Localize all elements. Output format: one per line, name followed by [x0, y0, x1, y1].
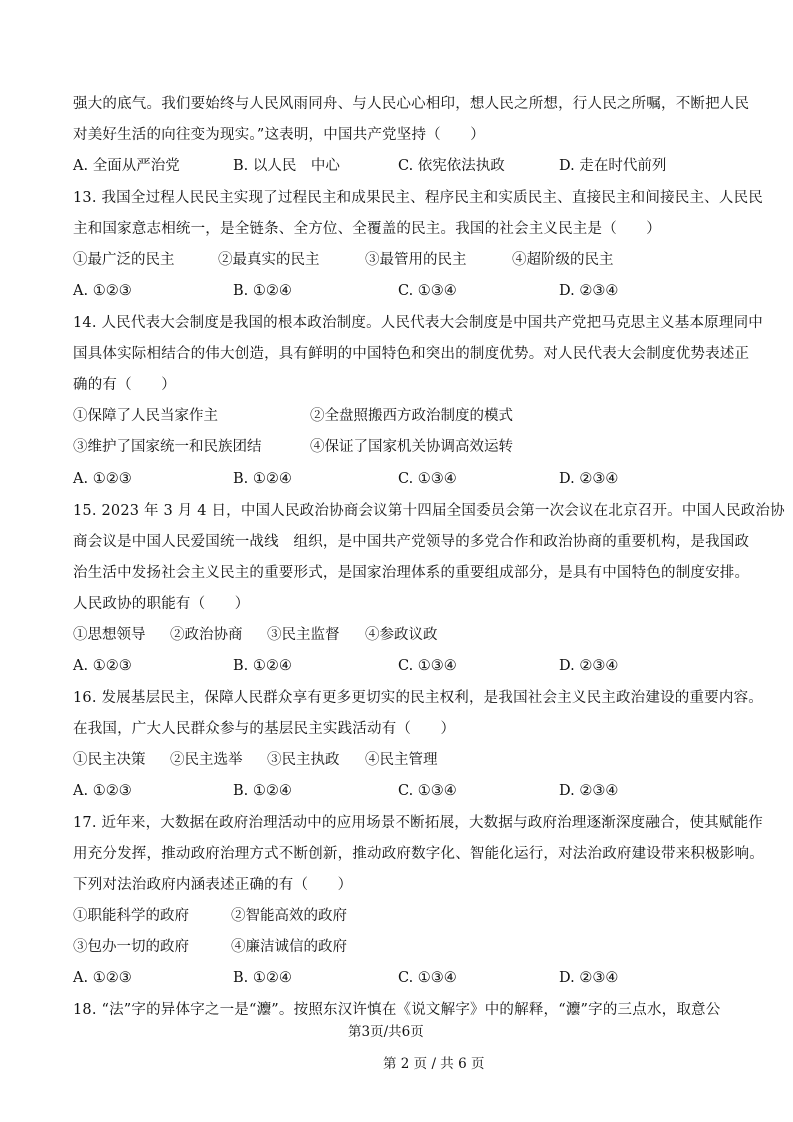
q14-statement-1: ①保障了人民当家作主 [73, 406, 218, 426]
q14-line-2: 国具体实际相结合的伟大创造，具有鲜明的中国特色和突出的制度优势。对人民代表大会制… [73, 344, 749, 364]
q17-option-c: C. ①③④ [398, 968, 457, 988]
q15-statement-2: ②政治协商 [170, 625, 243, 645]
q17-options: A. ①②③ B. ①②④ C. ①③④ D. ②③④ [73, 968, 733, 988]
q14-statements-row-1: ①保障了人民当家作主 ②全盘照搬西方政治制度的模式 [73, 406, 733, 426]
q16-options: A. ①②③ B. ①②④ C. ①③④ D. ②③④ [73, 781, 733, 801]
q15-line-3: 治生活中发扬社会主义民主的重要形式，是国家治理体系的重要组成部分，是具有中国特色… [73, 563, 749, 583]
q14-statement-2: ②全盘照搬西方政治制度的模式 [310, 406, 513, 426]
q17-statement-3: ③包办一切的政府 [73, 937, 189, 957]
q13-statement-3: ③最管用的民主 [365, 250, 467, 270]
q12-option-c: C. 依宪依法执政 [398, 156, 505, 176]
q17-line-1: 17. 近年来，大数据在政府治理活动中的应用场景不断拓展，大数据与政府治理逐渐深… [73, 813, 763, 833]
q17-option-a: A. ①②③ [73, 968, 132, 988]
q17-line-2: 用充分发挥，推动政府治理方式不断创新，推动政府数字化、智能化运行，对法治政府建设… [73, 844, 764, 864]
q15-statement-3: ③民主监督 [267, 625, 340, 645]
q15-statements: ①思想领导 ②政治协商 ③民主监督 ④参政议政 [73, 625, 733, 645]
inner-page-number: 第3页/共6页 [348, 1023, 424, 1041]
q15-line-4: 人民政协的职能有（ ） [73, 594, 249, 614]
q14-options: A. ①②③ B. ①②④ C. ①③④ D. ②③④ [73, 469, 733, 489]
q14-option-b: B. ①②④ [233, 469, 292, 489]
q12-option-a: A. 全面从严治党 [73, 156, 180, 176]
q13-line-2: 主和国家意志相统一，是全链条、全方位、全覆盖的民主。我国的社会主义民主是（ ） [73, 219, 661, 239]
q12-line-1: 强大的底气。我们要始终与人民风雨同舟、与人民心心相印，想人民之所想，行人民之所嘱… [73, 94, 749, 114]
q16-option-d: D. ②③④ [559, 781, 618, 801]
q17-statements-row-2: ③包办一切的政府 ④廉洁诚信的政府 [73, 937, 733, 957]
q13-statement-2: ②最真实的民主 [218, 250, 320, 270]
q14-statement-4: ④保证了国家机关协调高效运转 [310, 437, 513, 457]
q15-options: A. ①②③ B. ①②④ C. ①③④ D. ②③④ [73, 656, 733, 676]
q16-statement-1: ①民主决策 [73, 750, 146, 770]
q13-statement-4: ④超阶级的民主 [512, 250, 614, 270]
q14-statements-row-2: ③维护了国家统一和民族团结 ④保证了国家机关协调高效运转 [73, 437, 733, 457]
q13-statement-1: ①最广泛的民主 [73, 250, 175, 270]
q14-line-3: 确的有（ ） [73, 375, 176, 395]
q15-option-d: D. ②③④ [559, 656, 618, 676]
q15-option-a: A. ①②③ [73, 656, 132, 676]
q15-statement-4: ④参政议政 [365, 625, 438, 645]
q16-statement-4: ④民主管理 [365, 750, 438, 770]
q17-option-d: D. ②③④ [559, 968, 618, 988]
q15-line-1: 15. 2023 年 3 月 4 日，中国人民政治协商会议第十四届全国委员会第一… [73, 501, 785, 521]
q17-option-b: B. ①②④ [233, 968, 292, 988]
q13-option-d: D. ②③④ [559, 281, 618, 301]
q16-line-1: 16. 发展基层民主，保障人民群众享有更多更切实的民主权利，是我国社会主义民主政… [73, 688, 763, 708]
q15-option-c: C. ①③④ [398, 656, 457, 676]
q14-statement-3: ③维护了国家统一和民族团结 [73, 437, 262, 457]
q17-line-3: 下列对法治政府内涵表述正确的有（ ） [73, 875, 352, 895]
q16-statements: ①民主决策 ②民主选举 ③民主执政 ④民主管理 [73, 750, 733, 770]
q17-statement-2: ②智能高效的政府 [231, 906, 347, 926]
q13-option-b: B. ①②④ [233, 281, 292, 301]
q15-line-2: 商会议是中国人民爱国统一战线 组织，是中国共产党领导的多党合作和政治协商的重要机… [73, 532, 749, 552]
q15-statement-1: ①思想领导 [73, 625, 146, 645]
q13-options: A. ①②③ B. ①②④ C. ①③④ D. ②③④ [73, 281, 733, 301]
q17-statements-row-1: ①职能科学的政府 ②智能高效的政府 [73, 906, 733, 926]
q13-option-a: A. ①②③ [73, 281, 132, 301]
q12-line-2: 对美好生活的向往变为现实。”这表明，中国共产党坚持（ ） [73, 125, 485, 145]
q12-option-d: D. 走在时代前列 [559, 156, 666, 176]
q16-option-a: A. ①②③ [73, 781, 132, 801]
q14-line-1: 14. 人民代表大会制度是我国的根本政治制度。人民代表大会制度是中国共产党把马克… [73, 313, 763, 333]
q14-option-d: D. ②③④ [559, 469, 618, 489]
q15-option-b: B. ①②④ [233, 656, 292, 676]
q17-statement-1: ①职能科学的政府 [73, 906, 189, 926]
q16-statement-3: ③民主执政 [267, 750, 340, 770]
q12-option-b: B. 以人民 中心 [233, 156, 340, 176]
q13-option-c: C. ①③④ [398, 281, 457, 301]
q14-option-c: C. ①③④ [398, 469, 457, 489]
q13-statements: ①最广泛的民主 ②最真实的民主 ③最管用的民主 ④超阶级的民主 [73, 250, 733, 270]
q14-option-a: A. ①②③ [73, 469, 132, 489]
outer-page-number: 第 2 页 / 共 6 页 [383, 1055, 484, 1073]
q17-statement-4: ④廉洁诚信的政府 [231, 937, 347, 957]
q12-options: A. 全面从严治党 B. 以人民 中心 C. 依宪依法执政 D. 走在时代前列 [73, 156, 733, 176]
q16-line-2: 在我国，广大人民群众参与的基层民主实践活动有（ ） [73, 719, 455, 739]
q13-line-1: 13. 我国全过程人民民主实现了过程民主和成果民主、程序民主和实质民主、直接民主… [73, 188, 763, 208]
q16-option-c: C. ①③④ [398, 781, 457, 801]
q18-line-1: 18. “法”字的异体字之一是“灋”。按照东汉许慎在《说文解字》中的解释，“灋”… [73, 1000, 720, 1020]
q16-option-b: B. ①②④ [233, 781, 292, 801]
q16-statement-2: ②民主选举 [170, 750, 243, 770]
